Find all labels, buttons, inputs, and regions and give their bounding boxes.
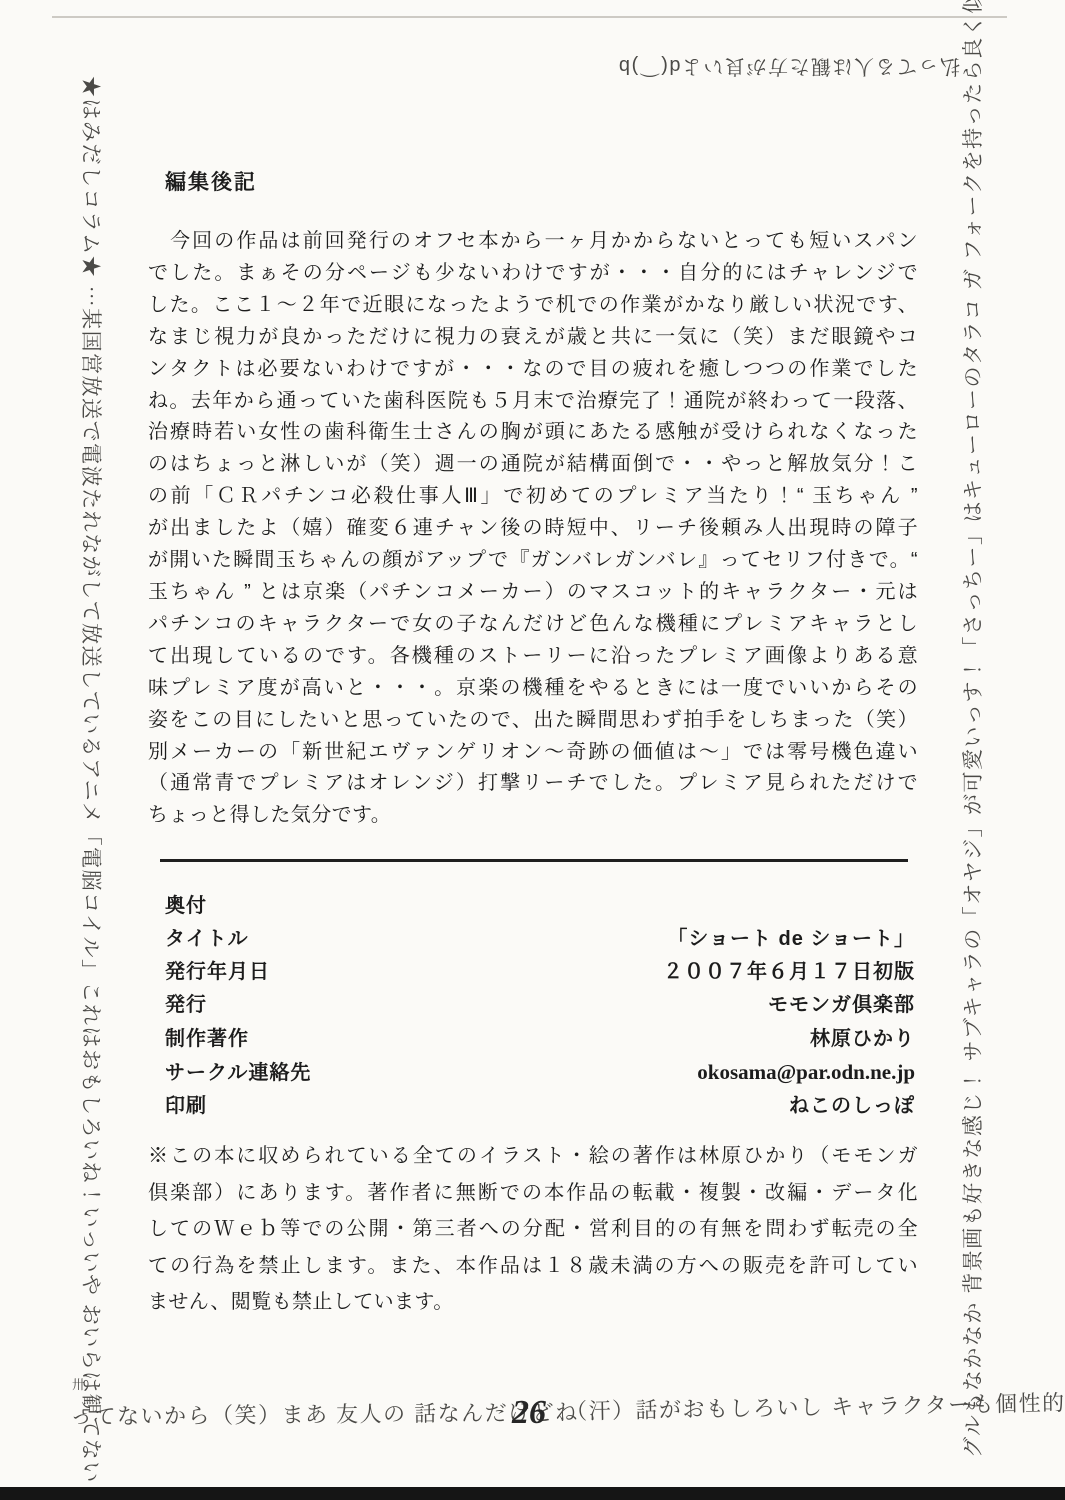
copyright-line: ません、閲覧も禁止しています。 [148,1284,918,1321]
copyright-line: してのＷｅｂ等での公開・第三者への分配・営利目的の有無を問わず転売の全 [148,1211,918,1248]
body-line: が出ましたよ（嬉）確変６連チャン後の時短中、リーチ後頼み人出現時の障子 [148,513,918,545]
body-line: ンタクトは必要ないわけですが・・・なので目の疲れを癒しつつの作業でした [148,354,918,386]
body-line: の前「ＣＲパチンコ必殺仕事人Ⅲ」で初めてのプレミア当たり！“ 玉ちゃん ” [148,481,918,513]
scan-edge-line [52,16,1007,18]
margin-note-left: ★はみだしコラム★ ⋯某国営放送で電波たれながして放送しているアニメ「電脳コイル… [77,76,107,1456]
body-line: ちょっと得した気分です。 [148,800,918,832]
body-line: パチンコのキャラクターで女の子なんだけど色んな機種にプレミアキャラとし [148,609,918,641]
colophon-label: 発行年月日 [165,956,270,989]
margin-note-bottom-right: （汗）話がおもしろいし キャラクターも個性的でアン [565,1385,1065,1426]
body-line: でした。まぁその分ページも少ないわけですが・・・自分的にはチャレンジで [148,258,918,290]
body-line: 治療時若い女性の歯科衛生士さんの胸が頭にあたる感触が受けられなくなった [148,417,918,449]
body-line: て出現しているのです。各機種のストーリーに沿ったプレミア画像よりある意 [148,641,918,673]
colophon-label: サークル連絡先 [165,1057,311,1090]
body-line: （通常青でプレミアはオレンジ）打撃リーチでした。プレミア見られただけで [148,768,918,800]
colophon-row: サークル連絡先 okosama@par.odn.ne.jp [165,1056,915,1090]
colophon-heading: 奥付 [165,890,915,923]
copyright-line: ※この本に収められている全てのイラスト・絵の著作は林原ひかり（モモンガ [148,1138,918,1175]
copyright-line: ての行為を禁止します。また、本作品は１８歳未満の方への販売を許可してい [148,1248,918,1285]
scanned-doujinshi-afterword-page: 編集後記 今回の作品は前回発行のオフセ本から一ヶ月かからないとっても短いスパン … [0,0,1065,1500]
body-line: 味プレミア度が高いと・・・。京楽の機種をやるときには一度でいいからその [148,673,918,705]
margin-note-bottom-left: ってないから（笑）まあ 友人の 話なんだけどね [70,1396,579,1431]
colophon-label: 制作著作 [165,1023,249,1056]
colophon-label: タイトル [165,923,249,956]
colophon-value: ２００７年６月１７日初版 [663,956,915,989]
body-line: 別メーカーの「新世紀エヴァンゲリオン～奇跡の価値は～」では零号機色違い [148,737,918,769]
copyright-notice: ※この本に収められている全てのイラスト・絵の著作は林原ひかり（モモンガ 倶楽部）… [148,1138,918,1321]
colophon-value: 「ショート de ショート」 [667,923,915,956]
afterword-body: 今回の作品は前回発行のオフセ本から一ヶ月かからないとっても短いスパン でした。ま… [148,226,918,832]
colophon-contact-email: okosama@par.odn.ne.jp [697,1056,915,1089]
colophon-row: 制作著作 林原ひかり [165,1023,915,1056]
copyright-line: 倶楽部）にあります。著作者に無断での本作品の転載・複製・改編・データ化 [148,1175,918,1212]
colophon-value: 林原ひかり [810,1023,915,1056]
scan-edge-bar [0,1487,1065,1500]
colophon-row: 発行年月日 ２００７年６月１７日初版 [165,956,915,989]
body-line: なまじ視力が良かっただけに視力の衰えが歳と共に一気に（笑）まだ眼鏡やコ [148,322,918,354]
colophon-row: タイトル 「ショート de ショート」 [165,923,915,956]
body-line: 姿をこの目にしたいと思っていたので、出た瞬間思わず拍手をしちまった（笑） [148,705,918,737]
margin-note-right: グルもなかなか 背景画も好きな感じ！ サブキャラの「オヤジ」が可愛いっす！「さっ… [957,78,987,1458]
colophon-value: モモンガ倶楽部 [768,989,915,1022]
colophon-row: 発行 モモンガ倶楽部 [165,989,915,1022]
colophon-label: 発行 [165,989,207,1022]
page-number: 26 [512,1394,546,1432]
body-line: が開いた瞬間玉ちゃんの顔がアップで『ガンバレガンバレ』ってセリフ付きで。“ [148,545,918,577]
body-line: ね。去年から通っていた歯科医院も５月末で治療完了！通院が終わって一段落、 [148,386,918,418]
colophon-value: ねこのしっぽ [789,1090,915,1123]
body-line: した。ここ１～２年で近眼になったようで机での作業がかなり厳しい状況です、 [148,290,918,322]
colophon-label: 印刷 [165,1090,207,1123]
margin-note-top-flipped: 払ってる人は観た方が良いよd(⌒)b [612,54,960,83]
colophon: 奥付 タイトル 「ショート de ショート」 発行年月日 ２００７年６月１７日初… [165,890,915,1123]
body-line: 今回の作品は前回発行のオフセ本から一ヶ月かからないとっても短いスパン [148,226,918,258]
body-line: のはちょっと淋しいが（笑）週一の通院が結構面倒で・・やっと解放気分！こ [148,449,918,481]
body-line: 玉ちゃん ” とは京楽（パチンコメーカー）のマスコット的キャラクター・元は [148,577,918,609]
scribble-mark: 卅 [72,1374,85,1393]
colophon-row: 印刷 ねこのしっぽ [165,1090,915,1123]
colophon-divider [160,859,908,862]
afterword-heading: 編集後記 [165,166,257,196]
